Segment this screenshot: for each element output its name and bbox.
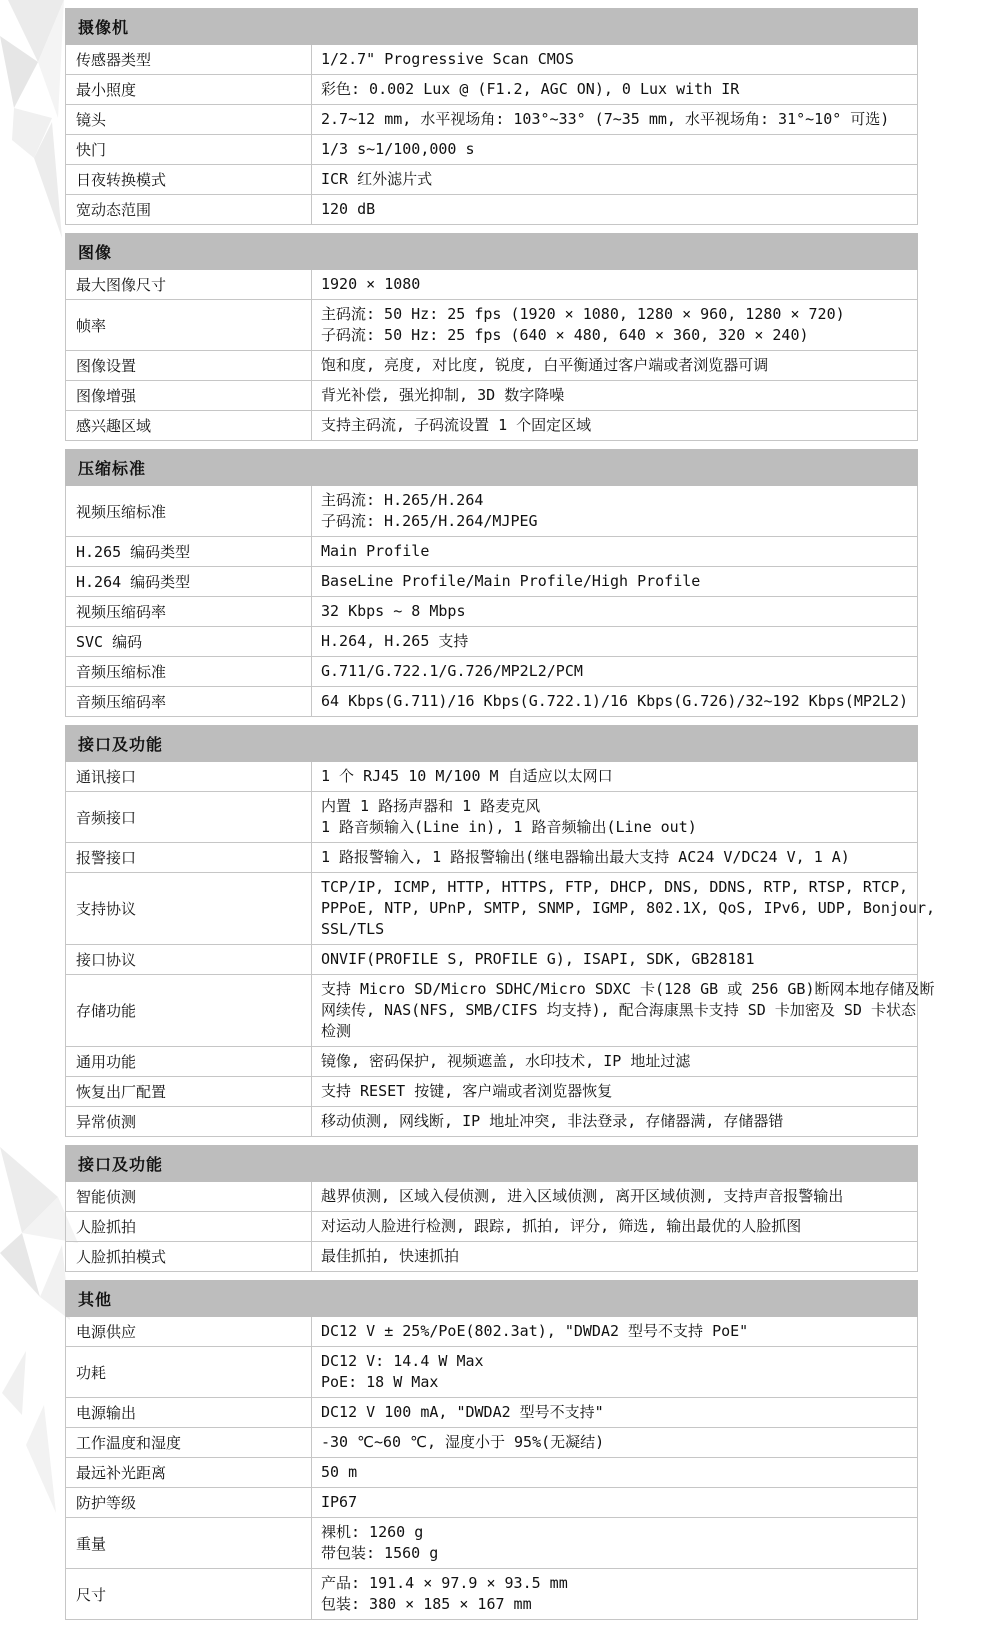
row-label: SVC 编码 — [66, 627, 312, 656]
section-rows: 智能侦测越界侦测, 区域入侵侦测, 进入区域侦测, 离开区域侦测, 支持声音报警… — [65, 1182, 918, 1272]
row-value: 1/2.7" Progressive Scan CMOS — [312, 45, 917, 74]
row-value: G.711/G.722.1/G.726/MP2L2/PCM — [312, 657, 917, 686]
spec-row: 工作温度和湿度-30 ℃~60 ℃, 湿度小于 95%(无凝结) — [66, 1427, 917, 1457]
section-title: 压缩标准 — [65, 449, 918, 486]
row-label: 帧率 — [66, 300, 312, 350]
section-title: 接口及功能 — [65, 1145, 918, 1182]
row-value-line: 背光补偿, 强光抑制, 3D 数字降噪 — [321, 385, 909, 406]
row-label: 图像增强 — [66, 381, 312, 410]
row-value-line: IP67 — [321, 1492, 909, 1513]
row-value-line: 32 Kbps ~ 8 Mbps — [321, 601, 909, 622]
spec-row: 最远补光距离50 m — [66, 1457, 917, 1487]
row-value-line: 彩色: 0.002 Lux @ (F1.2, AGC ON), 0 Lux wi… — [321, 79, 909, 100]
row-value: 裸机: 1260 g带包装: 1560 g — [312, 1518, 917, 1568]
row-value-line: 产品: 191.4 × 97.9 × 93.5 mm — [321, 1573, 909, 1594]
row-value: 对运动人脸进行检测, 跟踪, 抓拍, 评分, 筛选, 输出最优的人脸抓图 — [312, 1212, 917, 1241]
row-value-line: 饱和度, 亮度, 对比度, 锐度, 白平衡通过客户端或者浏览器可调 — [321, 355, 909, 376]
spec-section-compression: 压缩标准视频压缩标准主码流: H.265/H.264子码流: H.265/H.2… — [65, 449, 918, 717]
row-label: 传感器类型 — [66, 45, 312, 74]
row-value-line: 1 路报警输入, 1 路报警输出(继电器输出最大支持 AC24 V/DC24 V… — [321, 847, 909, 868]
row-value: -30 ℃~60 ℃, 湿度小于 95%(无凝结) — [312, 1428, 917, 1457]
row-label: 重量 — [66, 1518, 312, 1568]
row-value-line: DC12 V ± 25%/PoE(802.3at), "DWDA2 型号不支持 … — [321, 1321, 909, 1342]
row-value-line: 64 Kbps(G.711)/16 Kbps(G.722.1)/16 Kbps(… — [321, 691, 909, 712]
spec-row: 报警接口1 路报警输入, 1 路报警输出(继电器输出最大支持 AC24 V/DC… — [66, 842, 917, 872]
row-value: 1 个 RJ45 10 M/100 M 自适应以太网口 — [312, 762, 917, 791]
row-label: 恢复出厂配置 — [66, 1077, 312, 1106]
spec-row: 最小照度彩色: 0.002 Lux @ (F1.2, AGC ON), 0 Lu… — [66, 74, 917, 104]
row-value: 1 路报警输入, 1 路报警输出(继电器输出最大支持 AC24 V/DC24 V… — [312, 843, 917, 872]
row-value: Main Profile — [312, 537, 917, 566]
row-label: 视频压缩码率 — [66, 597, 312, 626]
row-label: 防护等级 — [66, 1488, 312, 1517]
row-value-line: SSL/TLS — [321, 919, 935, 940]
row-label: H.265 编码类型 — [66, 537, 312, 566]
row-label: 智能侦测 — [66, 1182, 312, 1211]
spec-row: H.264 编码类型BaseLine Profile/Main Profile/… — [66, 566, 917, 596]
row-value-line: 包装: 380 × 185 × 167 mm — [321, 1594, 909, 1615]
row-value-line: 子码流: 50 Hz: 25 fps (640 × 480, 640 × 360… — [321, 325, 909, 346]
row-label: 电源输出 — [66, 1398, 312, 1427]
section-rows: 通讯接口1 个 RJ45 10 M/100 M 自适应以太网口音频接口内置 1 … — [65, 762, 918, 1137]
section-title: 摄像机 — [65, 8, 918, 45]
row-value: 内置 1 路扬声器和 1 路麦克风1 路音频输入(Line in), 1 路音频… — [312, 792, 917, 842]
row-value-line: DC12 V 100 mA, "DWDA2 型号不支持" — [321, 1402, 909, 1423]
row-value-line: 2.7~12 mm, 水平视场角: 103°~33° (7~35 mm, 水平视… — [321, 109, 909, 130]
row-label: 功耗 — [66, 1347, 312, 1397]
spec-row: 宽动态范围120 dB — [66, 194, 917, 224]
row-value: 主码流: H.265/H.264子码流: H.265/H.264/MJPEG — [312, 486, 917, 536]
spec-row: 音频压缩标准G.711/G.722.1/G.726/MP2L2/PCM — [66, 656, 917, 686]
row-label: 音频接口 — [66, 792, 312, 842]
row-value: 产品: 191.4 × 97.9 × 93.5 mm包装: 380 × 185 … — [312, 1569, 917, 1619]
row-value-line: 子码流: H.265/H.264/MJPEG — [321, 511, 909, 532]
row-value-line: 镜像, 密码保护, 视频遮盖, 水印技术, IP 地址过滤 — [321, 1051, 909, 1072]
row-label: 电源供应 — [66, 1317, 312, 1346]
row-value: 镜像, 密码保护, 视频遮盖, 水印技术, IP 地址过滤 — [312, 1047, 917, 1076]
row-label: 视频压缩标准 — [66, 486, 312, 536]
spec-row: 异常侦测移动侦测, 网线断, IP 地址冲突, 非法登录, 存储器满, 存储器错 — [66, 1106, 917, 1136]
spec-row: 通用功能镜像, 密码保护, 视频遮盖, 水印技术, IP 地址过滤 — [66, 1046, 917, 1076]
row-value-line: 越界侦测, 区域入侵侦测, 进入区域侦测, 离开区域侦测, 支持声音报警输出 — [321, 1186, 909, 1207]
row-label: 快门 — [66, 135, 312, 164]
row-value: 1/3 s~1/100,000 s — [312, 135, 917, 164]
spec-row: 视频压缩标准主码流: H.265/H.264子码流: H.265/H.264/M… — [66, 486, 917, 536]
spec-table: 摄像机传感器类型1/2.7" Progressive Scan CMOS最小照度… — [65, 8, 918, 1628]
row-value-line: 移动侦测, 网线断, IP 地址冲突, 非法登录, 存储器满, 存储器错 — [321, 1111, 909, 1132]
row-value-line: 裸机: 1260 g — [321, 1522, 909, 1543]
row-value: 主码流: 50 Hz: 25 fps (1920 × 1080, 1280 × … — [312, 300, 917, 350]
row-value: 移动侦测, 网线断, IP 地址冲突, 非法登录, 存储器满, 存储器错 — [312, 1107, 917, 1136]
row-value-line: 网续传, NAS(NFS, SMB/CIFS 均支持), 配合海康黑卡支持 SD… — [321, 1000, 934, 1021]
row-label: 人脸抓拍 — [66, 1212, 312, 1241]
row-value: 120 dB — [312, 195, 917, 224]
row-label: 最小照度 — [66, 75, 312, 104]
spec-row: 通讯接口1 个 RJ45 10 M/100 M 自适应以太网口 — [66, 762, 917, 791]
row-label: 尺寸 — [66, 1569, 312, 1619]
section-title: 接口及功能 — [65, 725, 918, 762]
row-value-line: PPPoE, NTP, UPnP, SMTP, SNMP, IGMP, 802.… — [321, 898, 935, 919]
row-label: 音频压缩标准 — [66, 657, 312, 686]
row-value: 1920 × 1080 — [312, 270, 917, 299]
row-value: DC12 V: 14.4 W MaxPoE: 18 W Max — [312, 1347, 917, 1397]
spec-row: 重量裸机: 1260 g带包装: 1560 g — [66, 1517, 917, 1568]
row-label: 宽动态范围 — [66, 195, 312, 224]
section-rows: 传感器类型1/2.7" Progressive Scan CMOS最小照度彩色:… — [65, 45, 918, 225]
spec-row: 音频接口内置 1 路扬声器和 1 路麦克风1 路音频输入(Line in), 1… — [66, 791, 917, 842]
row-value-line: 120 dB — [321, 199, 909, 220]
spec-row: 传感器类型1/2.7" Progressive Scan CMOS — [66, 45, 917, 74]
row-value-line: 对运动人脸进行检测, 跟踪, 抓拍, 评分, 筛选, 输出最优的人脸抓图 — [321, 1216, 909, 1237]
row-label: 工作温度和湿度 — [66, 1428, 312, 1457]
spec-row: 智能侦测越界侦测, 区域入侵侦测, 进入区域侦测, 离开区域侦测, 支持声音报警… — [66, 1182, 917, 1211]
spec-row: 感兴趣区域支持主码流, 子码流设置 1 个固定区域 — [66, 410, 917, 440]
spec-row: 图像设置饱和度, 亮度, 对比度, 锐度, 白平衡通过客户端或者浏览器可调 — [66, 350, 917, 380]
row-value-line: H.264, H.265 支持 — [321, 631, 909, 652]
row-value-line: DC12 V: 14.4 W Max — [321, 1351, 909, 1372]
row-label: 日夜转换模式 — [66, 165, 312, 194]
row-label: 最远补光距离 — [66, 1458, 312, 1487]
spec-row: 视频压缩码率32 Kbps ~ 8 Mbps — [66, 596, 917, 626]
spec-row: 存储功能支持 Micro SD/Micro SDHC/Micro SDXC 卡(… — [66, 974, 917, 1046]
row-value-line: 50 m — [321, 1462, 909, 1483]
row-label: 人脸抓拍模式 — [66, 1242, 312, 1271]
row-value-line: 支持 Micro SD/Micro SDHC/Micro SDXC 卡(128 … — [321, 979, 934, 1000]
spec-row: 人脸抓拍模式最佳抓拍, 快速抓拍 — [66, 1241, 917, 1271]
row-value: 支持 Micro SD/Micro SDHC/Micro SDXC 卡(128 … — [312, 975, 942, 1046]
row-value: DC12 V 100 mA, "DWDA2 型号不支持" — [312, 1398, 917, 1427]
spec-row: 恢复出厂配置支持 RESET 按键, 客户端或者浏览器恢复 — [66, 1076, 917, 1106]
row-value-line: 检测 — [321, 1021, 934, 1042]
row-value: 越界侦测, 区域入侵侦测, 进入区域侦测, 离开区域侦测, 支持声音报警输出 — [312, 1182, 917, 1211]
spec-row: 帧率主码流: 50 Hz: 25 fps (1920 × 1080, 1280 … — [66, 299, 917, 350]
spec-row: 快门1/3 s~1/100,000 s — [66, 134, 917, 164]
spec-row: H.265 编码类型Main Profile — [66, 536, 917, 566]
section-title: 图像 — [65, 233, 918, 270]
row-value: 背光补偿, 强光抑制, 3D 数字降噪 — [312, 381, 917, 410]
section-title: 其他 — [65, 1280, 918, 1317]
row-label: 存储功能 — [66, 975, 312, 1046]
row-value-line: 内置 1 路扬声器和 1 路麦克风 — [321, 796, 909, 817]
row-value: TCP/IP, ICMP, HTTP, HTTPS, FTP, DHCP, DN… — [312, 873, 943, 944]
row-value-line: 1 个 RJ45 10 M/100 M 自适应以太网口 — [321, 766, 909, 787]
row-value-line: 1 路音频输入(Line in), 1 路音频输出(Line out) — [321, 817, 909, 838]
section-rows: 电源供应DC12 V ± 25%/PoE(802.3at), "DWDA2 型号… — [65, 1317, 918, 1620]
row-value: 2.7~12 mm, 水平视场角: 103°~33° (7~35 mm, 水平视… — [312, 105, 917, 134]
spec-row: 音频压缩码率64 Kbps(G.711)/16 Kbps(G.722.1)/16… — [66, 686, 917, 716]
spec-row: 接口协议ONVIF(PROFILE S, PROFILE G), ISAPI, … — [66, 944, 917, 974]
row-label: 异常侦测 — [66, 1107, 312, 1136]
row-value: 支持 RESET 按键, 客户端或者浏览器恢复 — [312, 1077, 917, 1106]
row-label: 最大图像尺寸 — [66, 270, 312, 299]
row-label: 音频压缩码率 — [66, 687, 312, 716]
row-label: 通用功能 — [66, 1047, 312, 1076]
row-value-line: 支持 RESET 按键, 客户端或者浏览器恢复 — [321, 1081, 909, 1102]
row-value: DC12 V ± 25%/PoE(802.3at), "DWDA2 型号不支持 … — [312, 1317, 917, 1346]
row-value: ICR 红外滤片式 — [312, 165, 917, 194]
row-value-line: PoE: 18 W Max — [321, 1372, 909, 1393]
row-value-line: ICR 红外滤片式 — [321, 169, 909, 190]
row-label: 支持协议 — [66, 873, 312, 944]
spec-row: 尺寸产品: 191.4 × 97.9 × 93.5 mm包装: 380 × 18… — [66, 1568, 917, 1619]
row-value: ONVIF(PROFILE S, PROFILE G), ISAPI, SDK,… — [312, 945, 917, 974]
spec-section-interface-functions-2: 接口及功能智能侦测越界侦测, 区域入侵侦测, 进入区域侦测, 离开区域侦测, 支… — [65, 1145, 918, 1272]
row-value: 32 Kbps ~ 8 Mbps — [312, 597, 917, 626]
row-value: 饱和度, 亮度, 对比度, 锐度, 白平衡通过客户端或者浏览器可调 — [312, 351, 917, 380]
row-label: 感兴趣区域 — [66, 411, 312, 440]
row-value-line: 1/3 s~1/100,000 s — [321, 139, 909, 160]
spec-section-interface-functions: 接口及功能通讯接口1 个 RJ45 10 M/100 M 自适应以太网口音频接口… — [65, 725, 918, 1137]
row-value-line: 1920 × 1080 — [321, 274, 909, 295]
spec-row: 最大图像尺寸1920 × 1080 — [66, 270, 917, 299]
spec-row: 功耗DC12 V: 14.4 W MaxPoE: 18 W Max — [66, 1346, 917, 1397]
row-value-line: 主码流: 50 Hz: 25 fps (1920 × 1080, 1280 × … — [321, 304, 909, 325]
row-value: 50 m — [312, 1458, 917, 1487]
spec-section-other: 其他电源供应DC12 V ± 25%/PoE(802.3at), "DWDA2 … — [65, 1280, 918, 1620]
spec-row: 支持协议TCP/IP, ICMP, HTTP, HTTPS, FTP, DHCP… — [66, 872, 917, 944]
row-value-line: ONVIF(PROFILE S, PROFILE G), ISAPI, SDK,… — [321, 949, 909, 970]
row-value: IP67 — [312, 1488, 917, 1517]
row-value: BaseLine Profile/Main Profile/High Profi… — [312, 567, 917, 596]
row-value: H.264, H.265 支持 — [312, 627, 917, 656]
row-value-line: Main Profile — [321, 541, 909, 562]
row-value-line: BaseLine Profile/Main Profile/High Profi… — [321, 571, 909, 592]
row-label: 图像设置 — [66, 351, 312, 380]
row-value-line: 最佳抓拍, 快速抓拍 — [321, 1246, 909, 1267]
spec-row: 人脸抓拍对运动人脸进行检测, 跟踪, 抓拍, 评分, 筛选, 输出最优的人脸抓图 — [66, 1211, 917, 1241]
spec-row: 镜头2.7~12 mm, 水平视场角: 103°~33° (7~35 mm, 水… — [66, 104, 917, 134]
row-value-line: 带包装: 1560 g — [321, 1543, 909, 1564]
section-rows: 视频压缩标准主码流: H.265/H.264子码流: H.265/H.264/M… — [65, 486, 918, 717]
row-value: 彩色: 0.002 Lux @ (F1.2, AGC ON), 0 Lux wi… — [312, 75, 917, 104]
row-value: 64 Kbps(G.711)/16 Kbps(G.722.1)/16 Kbps(… — [312, 687, 917, 716]
spec-row: 图像增强背光补偿, 强光抑制, 3D 数字降噪 — [66, 380, 917, 410]
row-value-line: G.711/G.722.1/G.726/MP2L2/PCM — [321, 661, 909, 682]
spec-row: SVC 编码H.264, H.265 支持 — [66, 626, 917, 656]
row-label: 镜头 — [66, 105, 312, 134]
row-label: H.264 编码类型 — [66, 567, 312, 596]
spec-row: 电源输出DC12 V 100 mA, "DWDA2 型号不支持" — [66, 1397, 917, 1427]
row-value-line: 1/2.7" Progressive Scan CMOS — [321, 49, 909, 70]
row-label: 接口协议 — [66, 945, 312, 974]
row-value-line: TCP/IP, ICMP, HTTP, HTTPS, FTP, DHCP, DN… — [321, 877, 935, 898]
spec-section-camera: 摄像机传感器类型1/2.7" Progressive Scan CMOS最小照度… — [65, 8, 918, 225]
spec-row: 电源供应DC12 V ± 25%/PoE(802.3at), "DWDA2 型号… — [66, 1317, 917, 1346]
row-value-line: -30 ℃~60 ℃, 湿度小于 95%(无凝结) — [321, 1432, 909, 1453]
spec-row: 日夜转换模式ICR 红外滤片式 — [66, 164, 917, 194]
row-label: 通讯接口 — [66, 762, 312, 791]
spec-section-image: 图像最大图像尺寸1920 × 1080帧率主码流: 50 Hz: 25 fps … — [65, 233, 918, 441]
spec-row: 防护等级IP67 — [66, 1487, 917, 1517]
row-value-line: 支持主码流, 子码流设置 1 个固定区域 — [321, 415, 909, 436]
section-rows: 最大图像尺寸1920 × 1080帧率主码流: 50 Hz: 25 fps (1… — [65, 270, 918, 441]
row-value: 最佳抓拍, 快速抓拍 — [312, 1242, 917, 1271]
row-value: 支持主码流, 子码流设置 1 个固定区域 — [312, 411, 917, 440]
row-label: 报警接口 — [66, 843, 312, 872]
row-value-line: 主码流: H.265/H.264 — [321, 490, 909, 511]
